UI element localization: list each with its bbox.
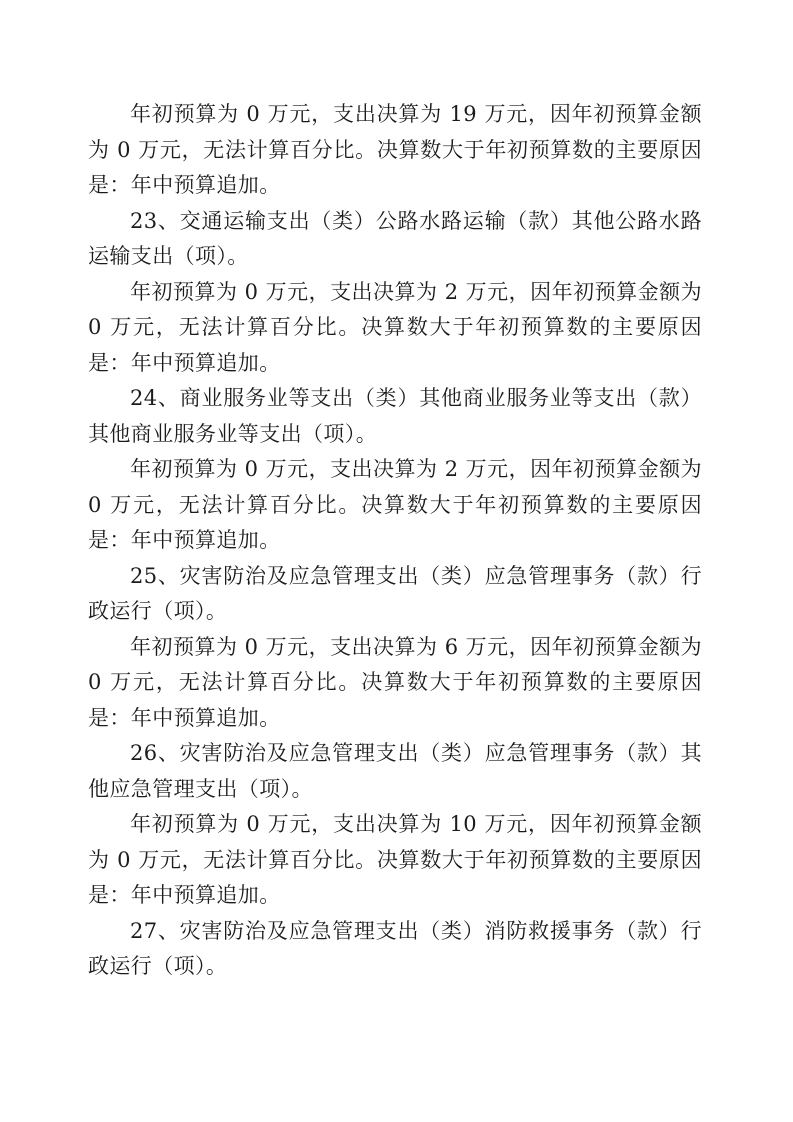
paragraph-item-25-heading: 25、灾害防治及应急管理支出（类）应急管理事务（款）行政运行（项）。 xyxy=(88,559,702,630)
paragraph-item-24-heading: 24、商业服务业等支出（类）其他商业服务业等支出（款）其他商业服务业等支出（项）… xyxy=(88,381,702,452)
paragraph-item-23-heading: 23、交通运输支出（类）公路水路运输（款）其他公路水路运输支出（项）。 xyxy=(88,204,702,275)
paragraph-budget-note-22: 年初预算为 0 万元，支出决算为 19 万元，因年初预算金额为 0 万元，无法计… xyxy=(88,97,702,204)
paragraph-budget-note-25: 年初预算为 0 万元，支出决算为 6 万元，因年初预算金额为 0 万元，无法计算… xyxy=(88,630,702,737)
paragraph-item-27-heading: 27、灾害防治及应急管理支出（类）消防救援事务（款）行政运行（项）。 xyxy=(88,914,702,985)
paragraph-budget-note-24: 年初预算为 0 万元，支出决算为 2 万元，因年初预算金额为 0 万元，无法计算… xyxy=(88,452,702,559)
document-page: 年初预算为 0 万元，支出决算为 19 万元，因年初预算金额为 0 万元，无法计… xyxy=(0,0,793,1122)
paragraph-budget-note-23: 年初预算为 0 万元，支出决算为 2 万元，因年初预算金额为 0 万元，无法计算… xyxy=(88,275,702,382)
document-body: 年初预算为 0 万元，支出决算为 19 万元，因年初预算金额为 0 万元，无法计… xyxy=(88,97,702,985)
paragraph-item-26-heading: 26、灾害防治及应急管理支出（类）应急管理事务（款）其他应急管理支出（项）。 xyxy=(88,736,702,807)
paragraph-budget-note-26: 年初预算为 0 万元，支出决算为 10 万元，因年初预算金额为 0 万元，无法计… xyxy=(88,807,702,914)
